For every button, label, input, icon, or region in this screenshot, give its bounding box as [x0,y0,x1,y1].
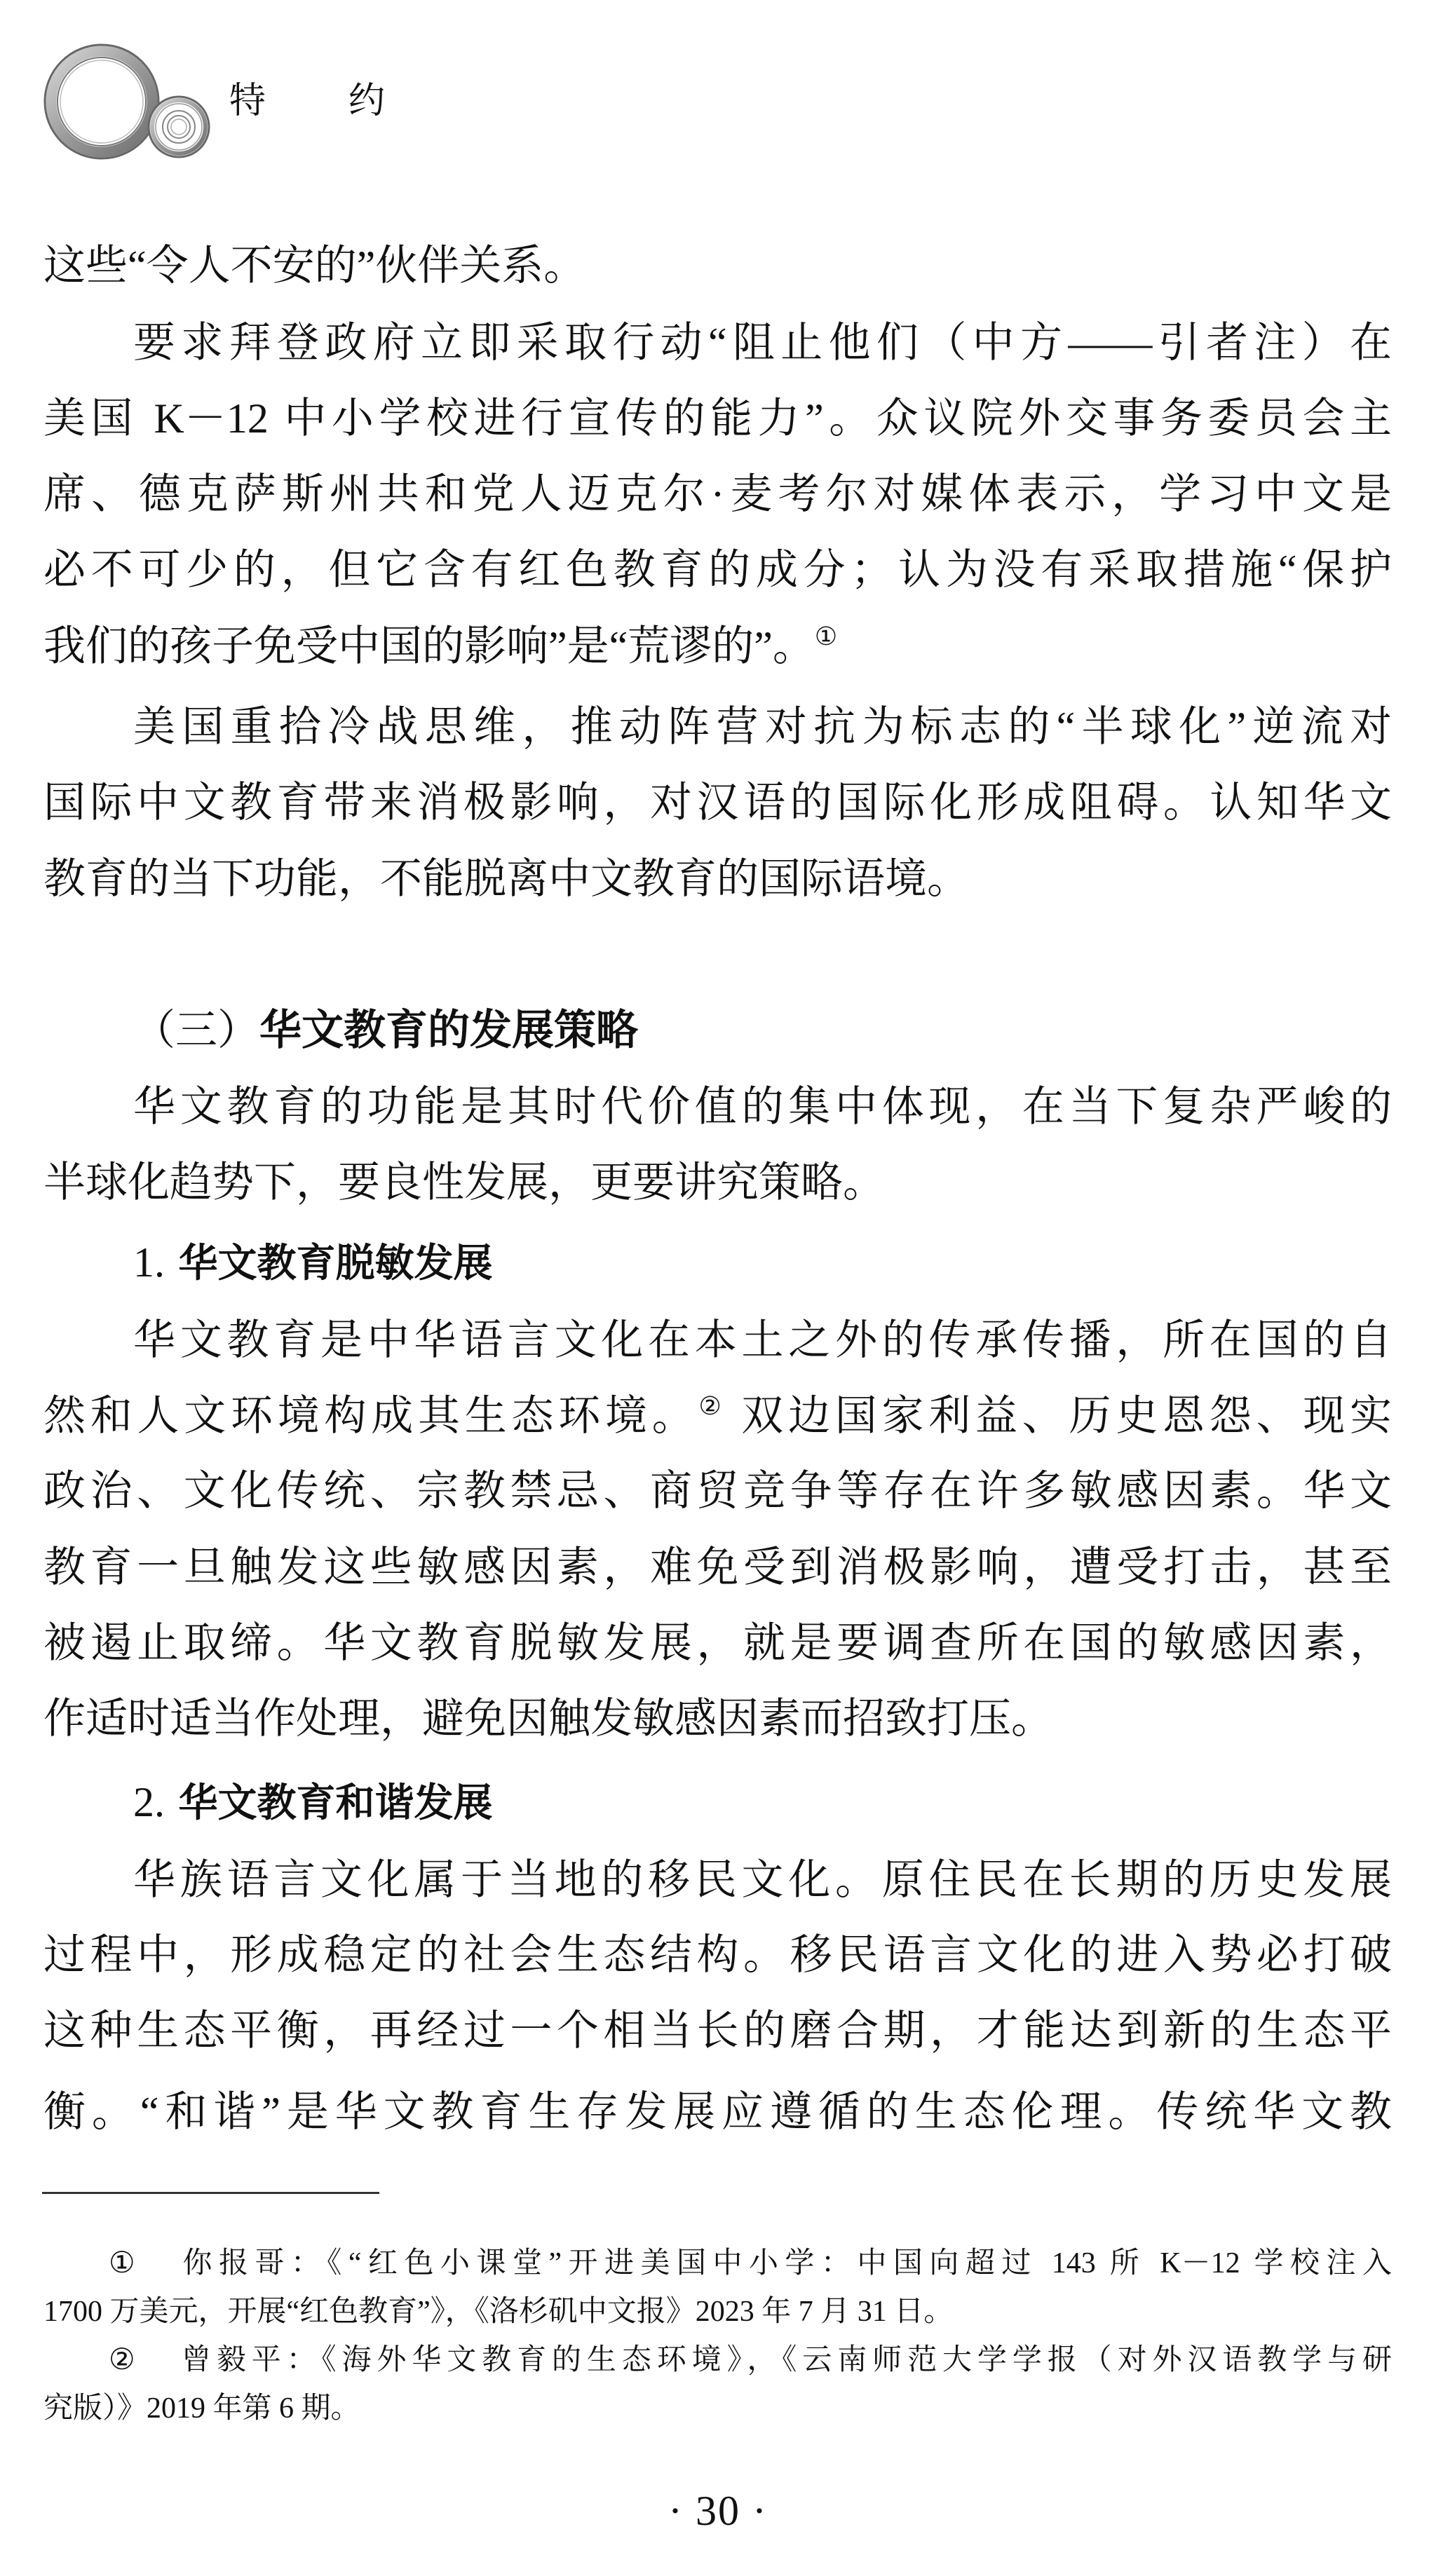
body-line: 作适时适当作处理，避免因触发敏感因素而招致打压。 [43,1694,1392,1744]
body-line: 席、德克萨斯州共和党人迈克尔·麦考尔对媒体表示，学习中文是 [43,469,1392,519]
footnote-2-continued: 究版）》2019 年第 6 期。 [43,2390,1392,2427]
header-title-char-2: 约 [348,76,385,126]
subsection-heading-2-number: 2. [133,1779,165,1825]
body-line: 然和人文环境构成其生态环境。② 双边国家利益、历史恩怨、现实 [43,1391,1392,1441]
body-line: 我们的孩子免受中国的影响”是“荒谬的”。① [43,621,1392,672]
header-title-char-1: 特 [229,76,266,126]
footnote-1-continued: 1700 万美元，开展“红色教育”》，《洛杉矶中文报》2023 年 7 月 31… [43,2294,1392,2330]
body-line: 华文教育是中华语言文化在本土之外的传承传播，所在国的自 [133,1315,1392,1365]
document-page: 特 约 这些“令人不安的”伙伴关系。 要求拜登政府立即采取行动“阻止他们（中方—… [0,0,1436,2576]
footnote-1-marker: ① [109,2245,176,2282]
body-line: 国际中文教育带来消极影响，对汉语的国际化形成阻碍。认知华文 [43,777,1392,828]
subsection-heading-1-number: 1. [133,1239,165,1286]
body-line: 美国重拾冷战思维，推动阵营对抗为标志的“半球化”逆流对 [133,702,1392,752]
body-line: 衡。“和谐”是华文教育生存发展应遵循的生态伦理。传统华文教 [43,2087,1392,2137]
body-line: 华族语言文化属于当地的移民文化。原住民在长期的历史发展 [133,1855,1392,1905]
section-heading-title: 华文教育的发展策略 [259,1007,638,1054]
body-line: 要求拜登政府立即采取行动“阻止他们（中方——引者注）在 [133,318,1392,368]
body-line-text: 我们的孩子免受中国的影响”是“荒谬的”。 [43,623,815,669]
body-line-text: 然和人文环境构成其生态环境。 [43,1393,698,1439]
section-heading-number: （三） [133,1007,259,1054]
body-line: 美国 K－12 中小学校进行宣传的能力”。众议院外交事务委员会主 [43,393,1392,444]
subsection-heading-1-title: 华文教育脱敏发展 [179,1241,493,1286]
body-line: 半球化趋势下，要良性发展，更要讲究策略。 [43,1157,1392,1208]
subsection-heading-2: 2. 华文教育和谐发展 [133,1777,1392,1827]
subsection-heading-1: 1. 华文教育脱敏发展 [133,1237,1392,1288]
footnote-separator [42,2192,379,2194]
footnote-2-marker: ② [109,2342,176,2378]
footnote-1: ①你报哥：《“红色小课堂”开进美国中小学：中国向超过 143 所 K－12 学校… [109,2245,1392,2282]
body-line-text: 双边国家利益、历史恩怨、现实 [741,1393,1392,1439]
footnote-2: ②曾毅平：《海外华文教育的生态环境》，《云南师范大学学报（对外汉语教学与研 [109,2342,1392,2378]
footnote-ref-1[interactable]: ① [815,622,837,650]
footnote-1-text: 你报哥：《“红色小课堂”开进美国中小学：中国向超过 143 所 K－12 学校注… [176,2247,1392,2279]
page-number: · 30 · [0,2486,1436,2536]
double-ring-logo-icon [41,41,216,163]
body-line: 教育的当下功能，不能脱离中文教育的国际语境。 [43,854,1392,904]
body-line: 华文教育的功能是其时代价值的集中体现，在当下复杂严峻的 [133,1082,1392,1132]
section-heading: （三）华文教育的发展策略 [133,1005,1392,1056]
footnote-ref-2[interactable]: ② [698,1392,726,1420]
body-line: 政治、文化传统、宗教禁忌、商贸竞争等存在许多敏感因素。华文 [43,1466,1392,1516]
body-line: 被遏止取缔。华文教育脱敏发展，就是要调查所在国的敏感因素， [43,1618,1392,1668]
body-line: 必不可少的，但它含有红色教育的成分；认为没有采取措施“保护 [43,545,1392,595]
body-line: 这种生态平衡，再经过一个相当长的磨合期，才能达到新的生态平 [43,2005,1392,2056]
footnote-2-text: 曾毅平：《海外华文教育的生态环境》，《云南师范大学学报（对外汉语教学与研 [176,2344,1392,2376]
subsection-heading-2-title: 华文教育和谐发展 [179,1780,493,1826]
body-line: 这些“令人不安的”伙伴关系。 [43,240,1392,291]
body-line: 教育一旦触发这些敏感因素，难免受到消极影响，遭受打击，甚至 [43,1542,1392,1593]
body-line: 过程中，形成稳定的社会生态结构。移民语言文化的进入势必打破 [43,1930,1392,1980]
